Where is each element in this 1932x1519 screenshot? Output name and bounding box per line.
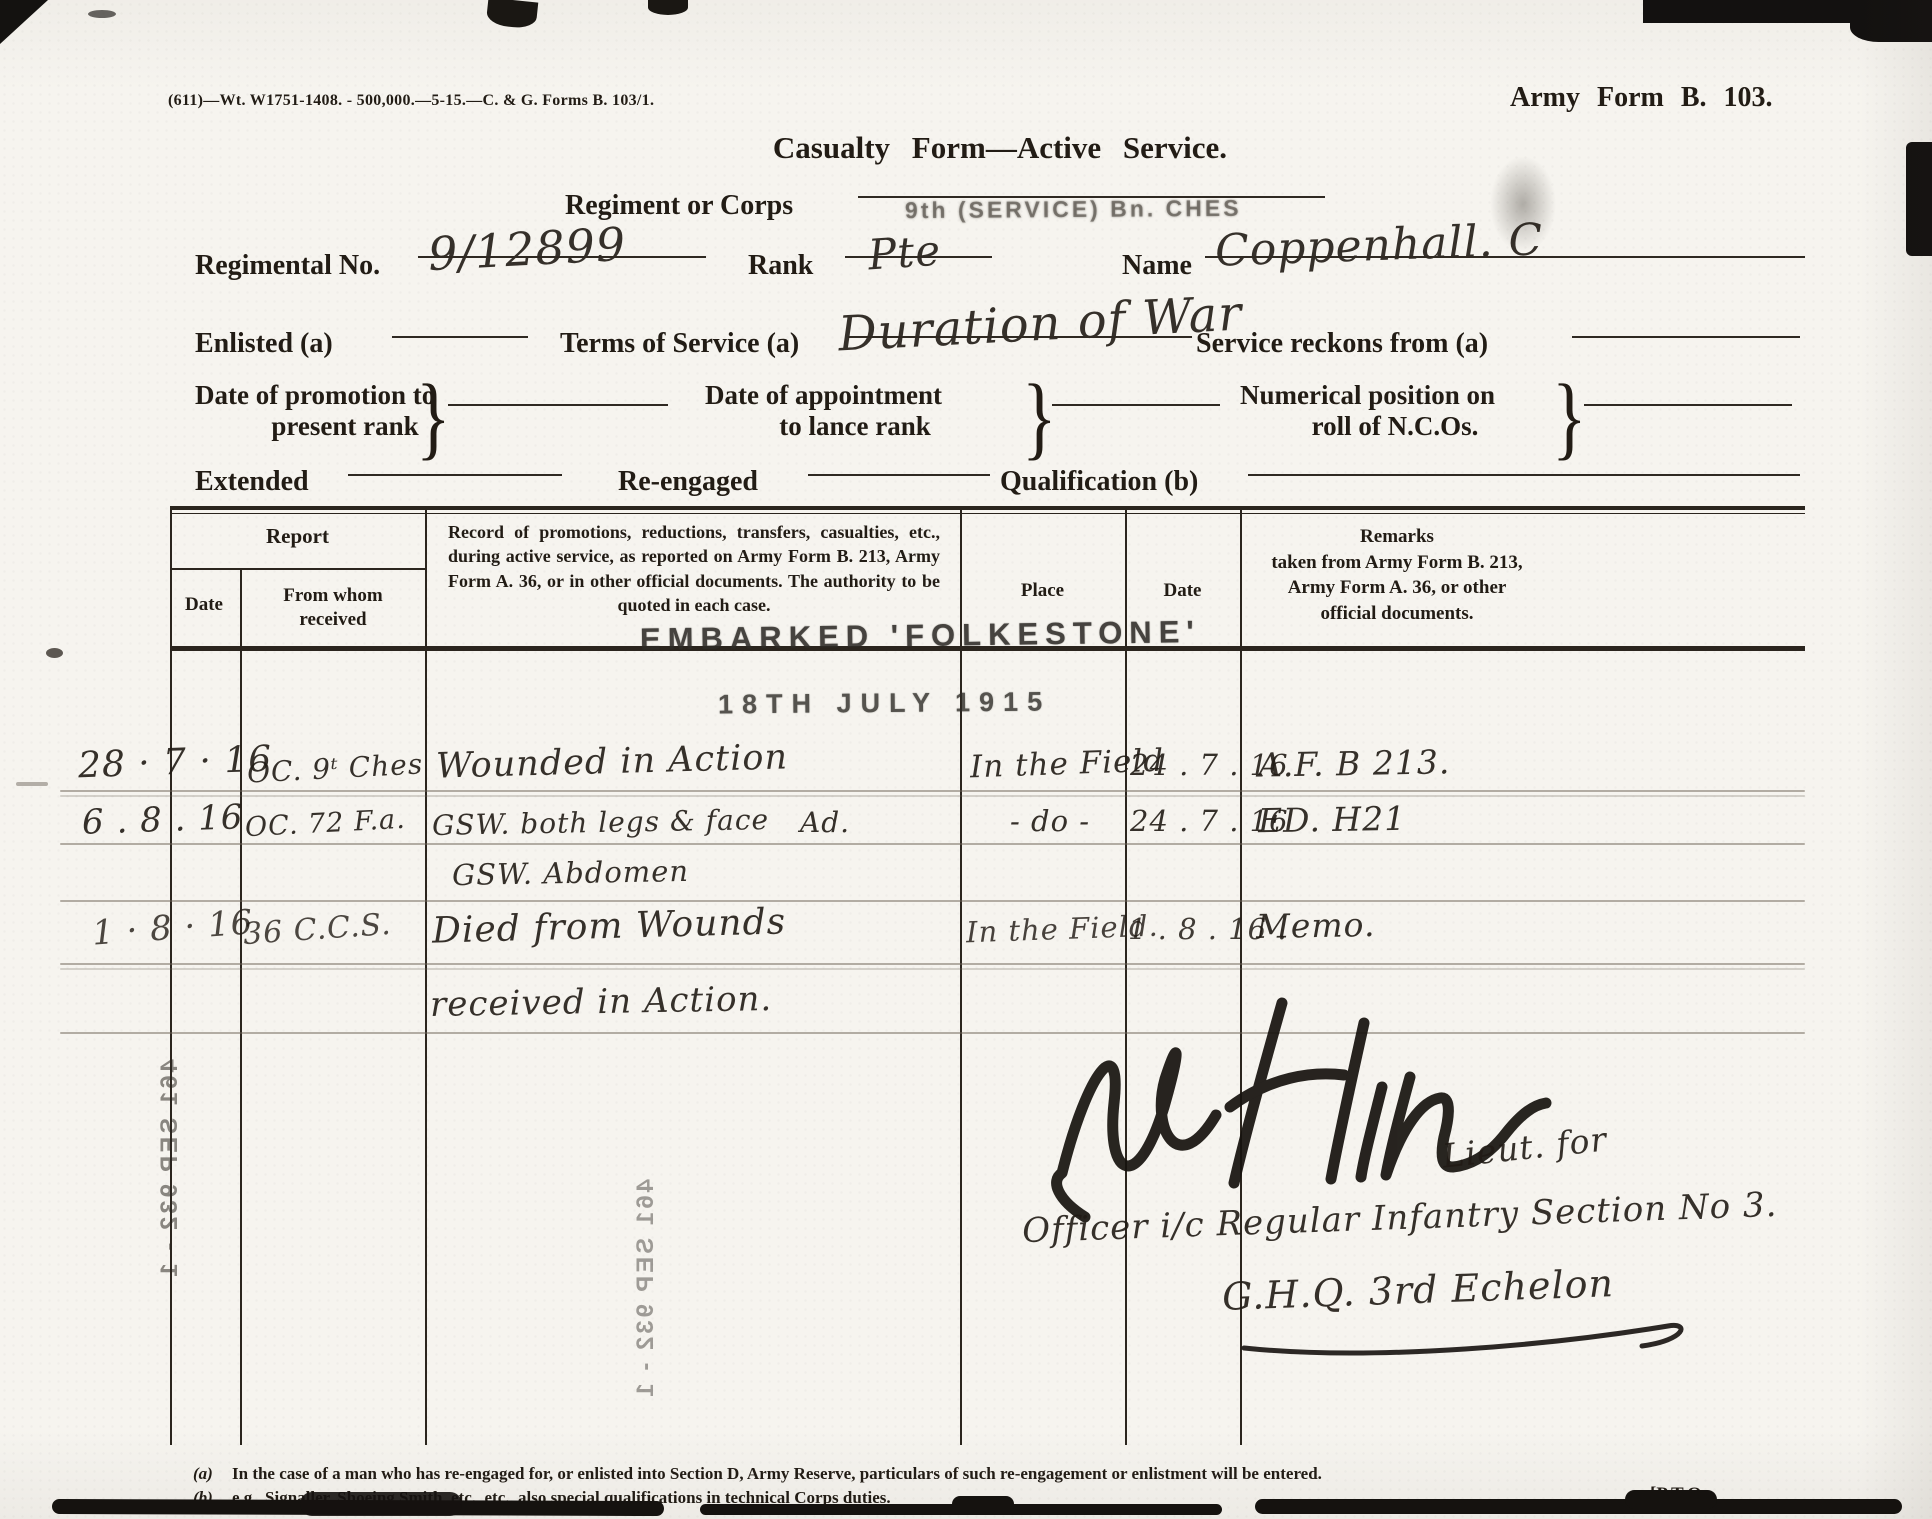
scan-artifact — [648, 0, 688, 15]
row-rule — [60, 900, 1805, 902]
rank-value: Pte — [866, 226, 942, 280]
appointment-label-line1: Date of appointment — [705, 380, 942, 410]
form-number: Army Form B. 103. — [1510, 82, 1773, 114]
row1-date: 28 · 7 · 16 — [77, 739, 273, 787]
col-header-from: From whom received — [248, 584, 418, 632]
col-header-place: Place — [960, 580, 1125, 602]
row5-record: received in Action. — [430, 979, 773, 1025]
scan-artifact — [486, 0, 539, 30]
remarks-line4: official documents. — [1252, 601, 1542, 627]
closing-ghq: G.H.Q. 3rd Echelon — [1221, 1261, 1614, 1319]
row4-remarks: Memo. — [1256, 905, 1376, 946]
row4-record: Died from Wounds — [432, 901, 787, 951]
col-header-date: Date — [168, 594, 240, 616]
qualification-blank — [1248, 474, 1800, 476]
regimental-no-blank — [418, 256, 706, 258]
rank-label: Rank — [748, 250, 813, 282]
scan-artifact — [1625, 1490, 1717, 1509]
remarks-line2: taken from Army Form B. 213, — [1252, 550, 1542, 576]
name-value: Coppenhall. C — [1214, 214, 1544, 276]
row1-from: OC. 9ᵗ Ches — [246, 747, 424, 789]
col-header-remarks: Remarks taken from Army Form B. 213, Arm… — [1252, 524, 1542, 627]
embarked-stamp: EMBARKED 'FOLKESTONE' — [640, 614, 1201, 658]
row2-remarks: ED. H21 — [1258, 799, 1407, 841]
casualty-form-scan: (611)—Wt. W1751-1408. - 500,000.—5-15.—C… — [0, 0, 1932, 1519]
regimental-no-value: 9/12899 — [427, 217, 628, 281]
scan-artifact — [0, 0, 48, 44]
enlisted-blank — [392, 336, 528, 338]
remarks-line3: Army Form A. 36, or other — [1252, 575, 1542, 601]
reckons-blank — [1572, 336, 1800, 338]
scan-artifact — [46, 648, 63, 658]
report-header: Report — [170, 524, 425, 549]
remarks-line1: Remarks — [1252, 524, 1542, 550]
embarked-date-stamp: 18TH JULY 1915 — [718, 687, 1051, 721]
reengaged-blank — [808, 474, 990, 476]
printer-code: (611)—Wt. W1751-1408. - 500,000.—5-15.—C… — [168, 92, 654, 110]
table-top-rule-2 — [170, 513, 1805, 514]
table-left-border — [170, 506, 172, 1445]
row3-record: GSW. Abdomen — [452, 854, 690, 892]
terms-blank — [848, 336, 1192, 338]
numerical-brace: } — [1552, 364, 1587, 472]
col-header-date2: Date — [1125, 580, 1240, 602]
reengaged-label: Re-engaged — [618, 466, 758, 498]
row4-date: 1 · 8 · 16 — [91, 902, 255, 953]
margin-reference-stamp-2: 461 SEP 932 - 1 — [632, 1179, 660, 1399]
col-header-record: Record of promotions, reductions, transf… — [448, 520, 940, 617]
regimental-no-label: Regimental No. — [195, 250, 380, 282]
col-line-from-record — [425, 506, 427, 1445]
rank-blank — [845, 256, 992, 258]
report-sub-rule — [170, 568, 425, 570]
margin-reference-stamp: 461 SEP 932 - 1 — [156, 1059, 184, 1279]
reckons-label: Service reckons from (a) — [1196, 328, 1488, 360]
footnote-a-text: In the case of a man who has re-engaged … — [232, 1464, 1322, 1484]
scan-artifact — [88, 10, 116, 18]
signature-flourish — [1238, 1318, 1718, 1366]
promotion-label-line1: Date of promotion to — [195, 380, 435, 410]
row2-record-extra: Ad. — [800, 806, 850, 839]
row4-from: 36 C.C.S. — [242, 907, 393, 952]
promotion-blank — [448, 404, 668, 406]
terms-label: Terms of Service (a) — [560, 328, 799, 360]
col-line-date-from — [240, 568, 242, 1445]
row-rule — [60, 795, 1805, 797]
row-rule — [60, 843, 1805, 845]
appointment-blank — [1052, 404, 1220, 406]
footnote-a-marker: (a) — [193, 1464, 213, 1484]
row1-remarks: A.F. B 213. — [1258, 742, 1451, 784]
extended-label: Extended — [195, 466, 309, 498]
table-top-rule — [170, 506, 1805, 510]
name-blank — [1205, 256, 1805, 258]
row-rule — [60, 790, 1805, 792]
promotion-brace: } — [416, 364, 451, 472]
scan-artifact — [952, 1496, 1014, 1515]
numerical-label-line2: roll of N.C.Os. — [1240, 411, 1550, 442]
regiment-stamp: 9th (SERVICE) Bn. CHES — [905, 195, 1242, 224]
row2-record: GSW. both legs & face — [432, 803, 770, 842]
officer-signature — [1030, 965, 1570, 1225]
scan-artifact — [1858, 0, 1932, 1519]
form-title: Casualty Form—Active Service. — [660, 130, 1340, 166]
numerical-blank — [1584, 404, 1792, 406]
scan-artifact — [16, 782, 48, 786]
appointment-label-line2: to lance rank — [705, 411, 1005, 442]
scan-artifact — [300, 1492, 462, 1516]
scan-artifact — [1255, 1499, 1902, 1514]
row1-record: Wounded in Action — [436, 737, 789, 786]
appointment-brace: } — [1022, 364, 1057, 472]
row2-date: 6 . 8 . 16 — [81, 797, 244, 843]
numerical-label-line1: Numerical position on — [1240, 380, 1495, 410]
appointment-label: Date of appointment to lance rank — [705, 380, 1005, 442]
numerical-label: Numerical position on roll of N.C.Os. — [1240, 380, 1550, 442]
row2-from: OC. 72 F.a. — [244, 804, 406, 843]
name-label: Name — [1122, 250, 1192, 282]
qualification-label: Qualification (b) — [1000, 466, 1198, 498]
extended-blank — [348, 474, 562, 476]
row2-place: - do - — [1010, 804, 1090, 838]
terms-value: Duration of War — [837, 285, 1244, 362]
enlisted-label: Enlisted (a) — [195, 328, 333, 360]
